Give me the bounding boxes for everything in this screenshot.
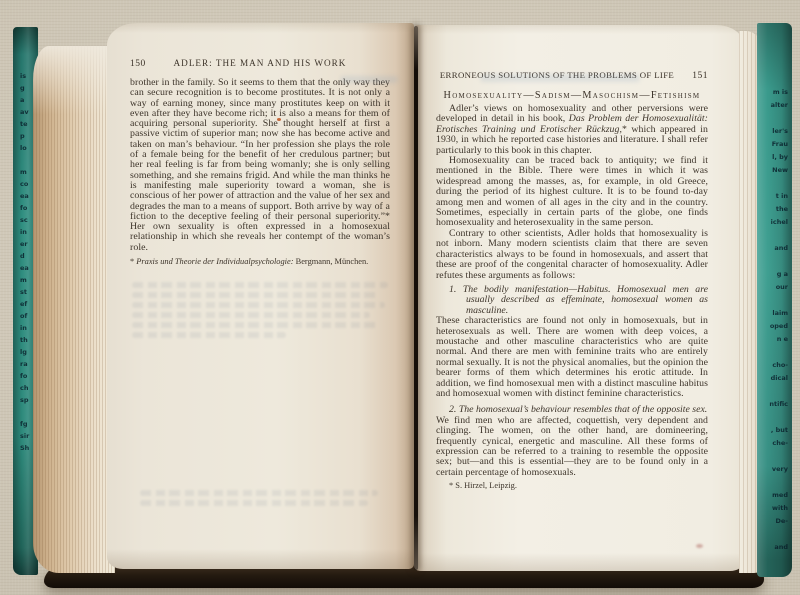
paragraph-3: Contrary to other scientists, Adler hold… xyxy=(436,229,708,281)
right-page-number: 151 xyxy=(678,71,708,81)
left-footnote: * Praxis und Theorie der Individualpsych… xyxy=(130,257,390,267)
left-body-text: brother in the family. So it seems to th… xyxy=(130,78,390,253)
item-2-number: 2. xyxy=(449,404,456,415)
right-cover-flap: m is alter ler's Frau l, by New t in the… xyxy=(757,23,792,577)
left-page-fore-edge xyxy=(33,46,115,573)
open-book: is g a av te p lo m co ea fo sc in er d … xyxy=(10,18,790,588)
ink-smudge xyxy=(480,74,640,82)
section-heading: Homosexuality—Sadism—Masochism—Fetishism xyxy=(436,90,708,101)
right-page-text-block: ERRONEOUS SOLUTIONS OF THE PROBLEMS OF L… xyxy=(436,70,708,491)
item-1-text: The bodily manifestation—Habitus. Homose… xyxy=(463,284,708,316)
item-2-text: The homosexual’s behaviour resembles tha… xyxy=(459,404,707,415)
numbered-item-1: 1. The bodily manifestation—Habitus. Hom… xyxy=(436,285,708,316)
left-page-text-block: 150 ADLER: THE MAN AND HIS WORK brother … xyxy=(130,58,390,267)
footnote-book-title: Praxis und Theorie der Individualpsychol… xyxy=(136,257,293,266)
spine-gutter xyxy=(414,26,418,570)
left-page-number: 150 xyxy=(130,59,164,69)
footnote-publisher: Bergmann, München. xyxy=(294,257,369,266)
right-footnote: * S. Hirzel, Leipzig. xyxy=(436,481,708,491)
paragraph-1: Adler’s views on homosexuality and other… xyxy=(436,104,708,156)
paragraph-5: We find men who are affected, coquettish… xyxy=(436,416,708,478)
fabric-background: is g a av te p lo m co ea fo sc in er d … xyxy=(0,0,800,595)
paragraph-4: These characteristics are found not only… xyxy=(436,316,708,399)
stain-speck xyxy=(696,544,703,548)
footnote-marker: * xyxy=(130,257,134,266)
left-running-head: 150 ADLER: THE MAN AND HIS WORK xyxy=(130,58,390,69)
paragraph-2: Homosexuality can be traced back to anti… xyxy=(436,156,708,229)
item-1-number: 1. xyxy=(449,284,456,295)
right-flap-text-fragments: m is alter ler's Frau l, by New t in the… xyxy=(757,23,792,554)
ink-smudge xyxy=(340,76,398,83)
page-showthrough-upper xyxy=(132,278,388,342)
stain-speck xyxy=(277,118,281,121)
left-running-header: ADLER: THE MAN AND HIS WORK xyxy=(164,58,356,68)
page-showthrough-lower xyxy=(140,486,378,510)
